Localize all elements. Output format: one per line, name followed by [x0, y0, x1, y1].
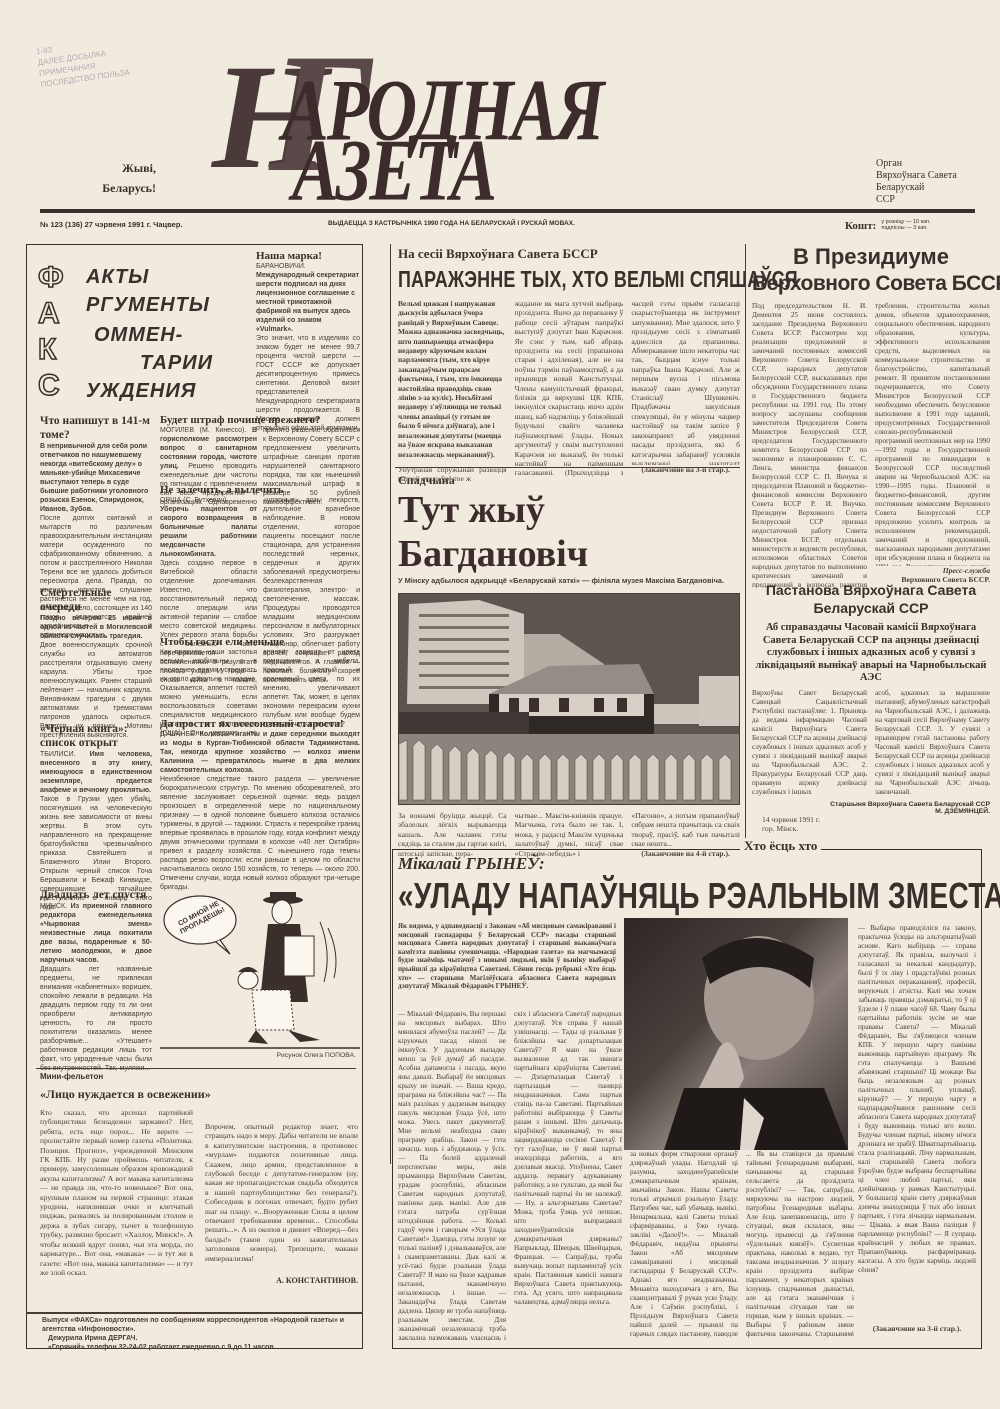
heritage-article: Спадчына Тут жыў Багдановіч У Мінску адб… — [398, 473, 740, 858]
heritage-lead: У Мінску адбылося адкрыццё «Беларускай х… — [398, 576, 740, 585]
organ-label: Орган Вярхоўнага Савета Беларускай ССР — [876, 158, 957, 206]
interview-continued: (Заканчэнне на 3-й стар.). — [858, 1324, 976, 1333]
masthead-rule — [40, 209, 975, 213]
issue-info: № 123 (136) 27 чэрвеня 1991 г. Чацвер. — [40, 220, 183, 229]
feuilleton-rubric: Мини-фельетон — [40, 1072, 358, 1081]
masthead-title-line2: АЗЕТА — [292, 128, 495, 216]
masthead: Н Г АРОДНАЯ АЗЕТА Жыві, Беларусь! Орган … — [0, 0, 1000, 230]
heritage-headline: Тут жыў Багдановіч — [398, 488, 740, 576]
brief-smertelnye: Смертельные очереди Поздно вечером 25 ию… — [40, 586, 152, 740]
fax-logo-letters: ФАКС — [38, 260, 72, 404]
session-kicker: На сесіі Вярхоўнага Савета БССР — [398, 246, 740, 262]
fax-logo: ФАКС АКТЫ РГУМЕНТЫ ОММЕН- ТАРИИ УЖДЕНИЯ — [38, 256, 253, 412]
bogdanovich-house-photo — [398, 593, 740, 805]
feuilleton-title: «Лицо нуждается в освежении» — [40, 1087, 358, 1102]
session-headline: ПАРАЖЭННЕ ТЫХ, ХТО ВЕЛЬМІ СПЯШАЎСЯ — [398, 266, 665, 293]
house-photo-image — [399, 594, 740, 804]
brief-nasha-marka: Наша марка! БАРАНОВИЧИ. Международный се… — [256, 250, 360, 433]
cartoon-drawing-icon — [160, 862, 360, 1052]
interview-name: Мікалай ГРЫНЕЎ: — [398, 854, 545, 874]
presidium-headline-line2: Верховного Совета БССР — [752, 272, 990, 296]
interview-rubric: Хто ёсць хто — [740, 838, 821, 854]
interview-headline: «УЛАДУ НАПАЎНЯЦЬ РЭАЛЬНЫМ ЗМЕСТАМ» — [398, 875, 1000, 917]
session-article: На сесіі Вярхоўнага Савета БССР ПАРАЖЭНН… — [398, 246, 740, 484]
presidium-headline-line1: В Президиуме — [752, 244, 990, 270]
cartoon-credit: Рисунок Олега ПОПОВА. — [276, 1052, 356, 1059]
motto: Жыві, Беларусь! — [84, 158, 156, 198]
price: Кошт: у розніцу — 10 кап. падпісны — 3 к… — [845, 214, 931, 233]
brief-chernaya-kniga: «Черная книга»: список открыт ТБИЛИСИ. И… — [40, 722, 152, 912]
brief-dvadtsat-let: Двадцать лет спустя МИНСК. Из приемной г… — [40, 888, 152, 1073]
resolution-article: Пастанова Вярхоўнага Савета Беларускай С… — [752, 582, 990, 833]
resolution-subhead: Аб справаздачы Часовай камісіі Вярхоўнаг… — [752, 622, 990, 685]
feuilleton: Мини-фельетон «Лицо нуждается в освежени… — [40, 1072, 358, 1285]
cartoon: СО МНОЙ НЕ ПРОПАДЕШЬ! Рисунок Олега ПОПО… — [160, 862, 360, 1062]
fax-footer: Выпуск «ФАКСа» подготовлен по сообщениям… — [42, 1316, 354, 1352]
heritage-kicker: Спадчына — [398, 473, 740, 488]
publication-info: ВЫДАЕЦЦА З КАСТРЫЧНІКА 1990 ГОДА НА БЕЛА… — [328, 220, 575, 227]
presidium-article: В Президиуме Верховного Совета БССР Под … — [752, 244, 990, 588]
interview-lead: Як вядома, у адпаведнасці з Законам «Аб … — [398, 922, 616, 991]
